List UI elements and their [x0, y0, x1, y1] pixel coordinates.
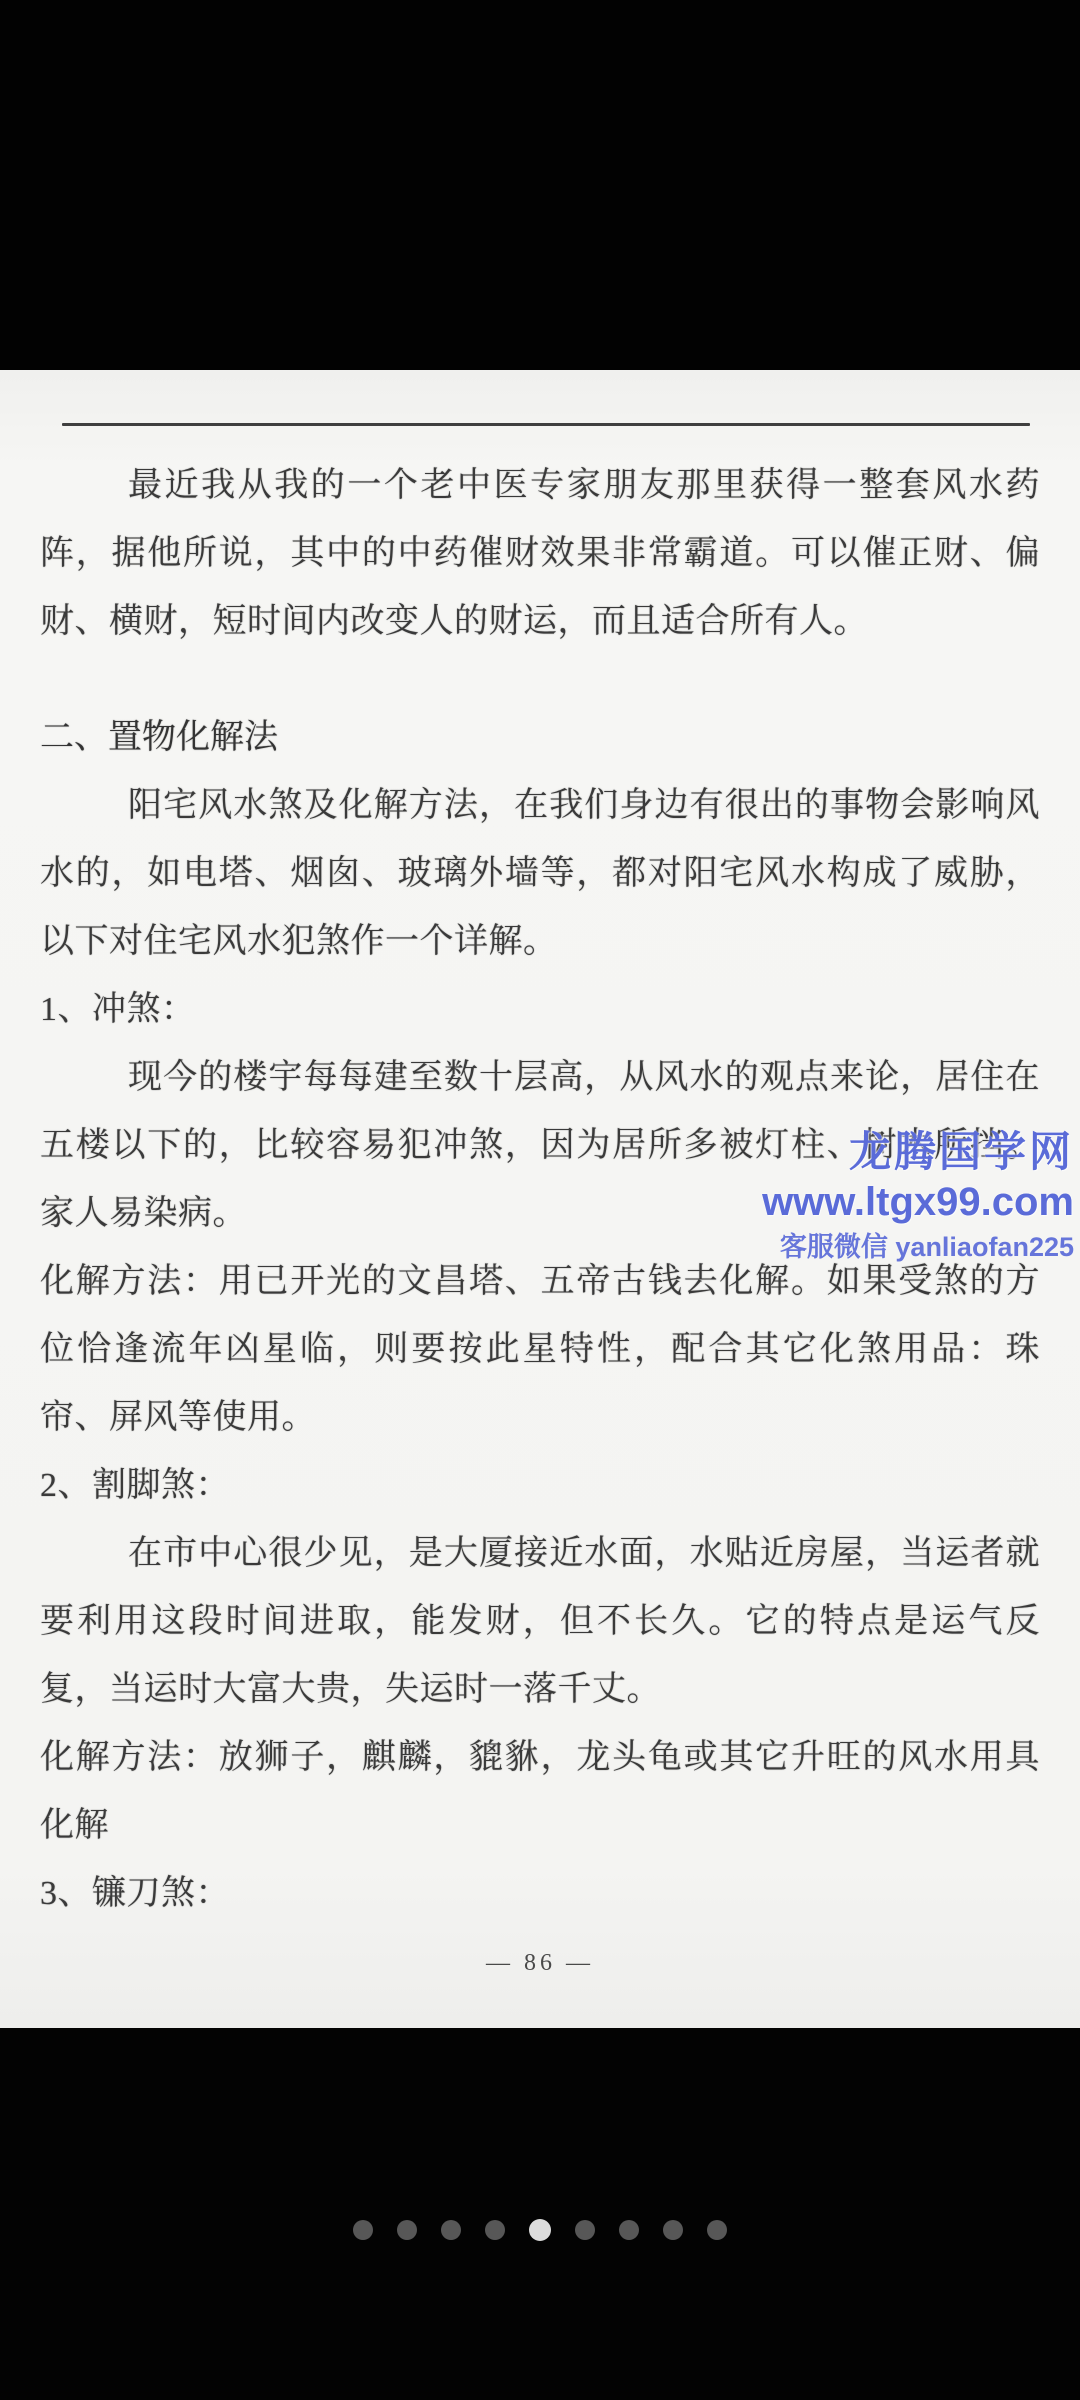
page-dot[interactable] — [441, 2220, 461, 2240]
page-dot-active[interactable] — [529, 2219, 551, 2241]
item-1-label: 1、冲煞： — [40, 976, 1040, 1044]
page-number: — 86 — — [0, 1950, 1080, 1977]
page-dot[interactable] — [353, 2220, 373, 2240]
section-heading: 二、置物化解法 — [40, 704, 1040, 772]
bottom-black-bar — [0, 2028, 1080, 2400]
page-dot[interactable] — [397, 2220, 417, 2240]
page-dot[interactable] — [575, 2220, 595, 2240]
item-3-label: 3、镰刀煞： — [40, 1860, 1040, 1928]
document-page: 最近我从我的一个老中医专家朋友那里获得一整套风水药阵，据他所说，其中的中药催财效… — [0, 370, 1080, 2028]
item-1-body: 现今的楼宇每每建至数十层高，从风水的观点来论，居住在五楼以下的，比较容易犯冲煞，… — [40, 1044, 1040, 1248]
page-indicator-dots — [0, 2219, 1080, 2241]
top-black-bar — [0, 0, 1080, 370]
page-dot[interactable] — [619, 2220, 639, 2240]
page-dot[interactable] — [663, 2220, 683, 2240]
item-1-remedy: 化解方法：用已开光的文昌塔、五帝古钱去化解。如果受煞的方位恰逢流年凶星临，则要按… — [40, 1248, 1040, 1452]
item-2-label: 2、割脚煞： — [40, 1452, 1040, 1520]
paragraph-intro-medicine: 最近我从我的一个老中医专家朋友那里获得一整套风水药阵，据他所说，其中的中药催财效… — [40, 452, 1040, 656]
page-dot[interactable] — [485, 2220, 505, 2240]
header-rule — [62, 423, 1030, 426]
item-2-body: 在市中心很少见，是大厦接近水面，水贴近房屋，当运者就要利用这段时间进取，能发财，… — [40, 1520, 1040, 1724]
item-2-remedy: 化解方法：放狮子，麒麟，貔貅，龙头龟或其它升旺的风水用具化解 — [40, 1724, 1040, 1860]
paragraph-section-intro: 阳宅风水煞及化解方法，在我们身边有很出的事物会影响风水的，如电塔、烟囱、玻璃外墙… — [40, 772, 1040, 976]
page-dot[interactable] — [707, 2220, 727, 2240]
